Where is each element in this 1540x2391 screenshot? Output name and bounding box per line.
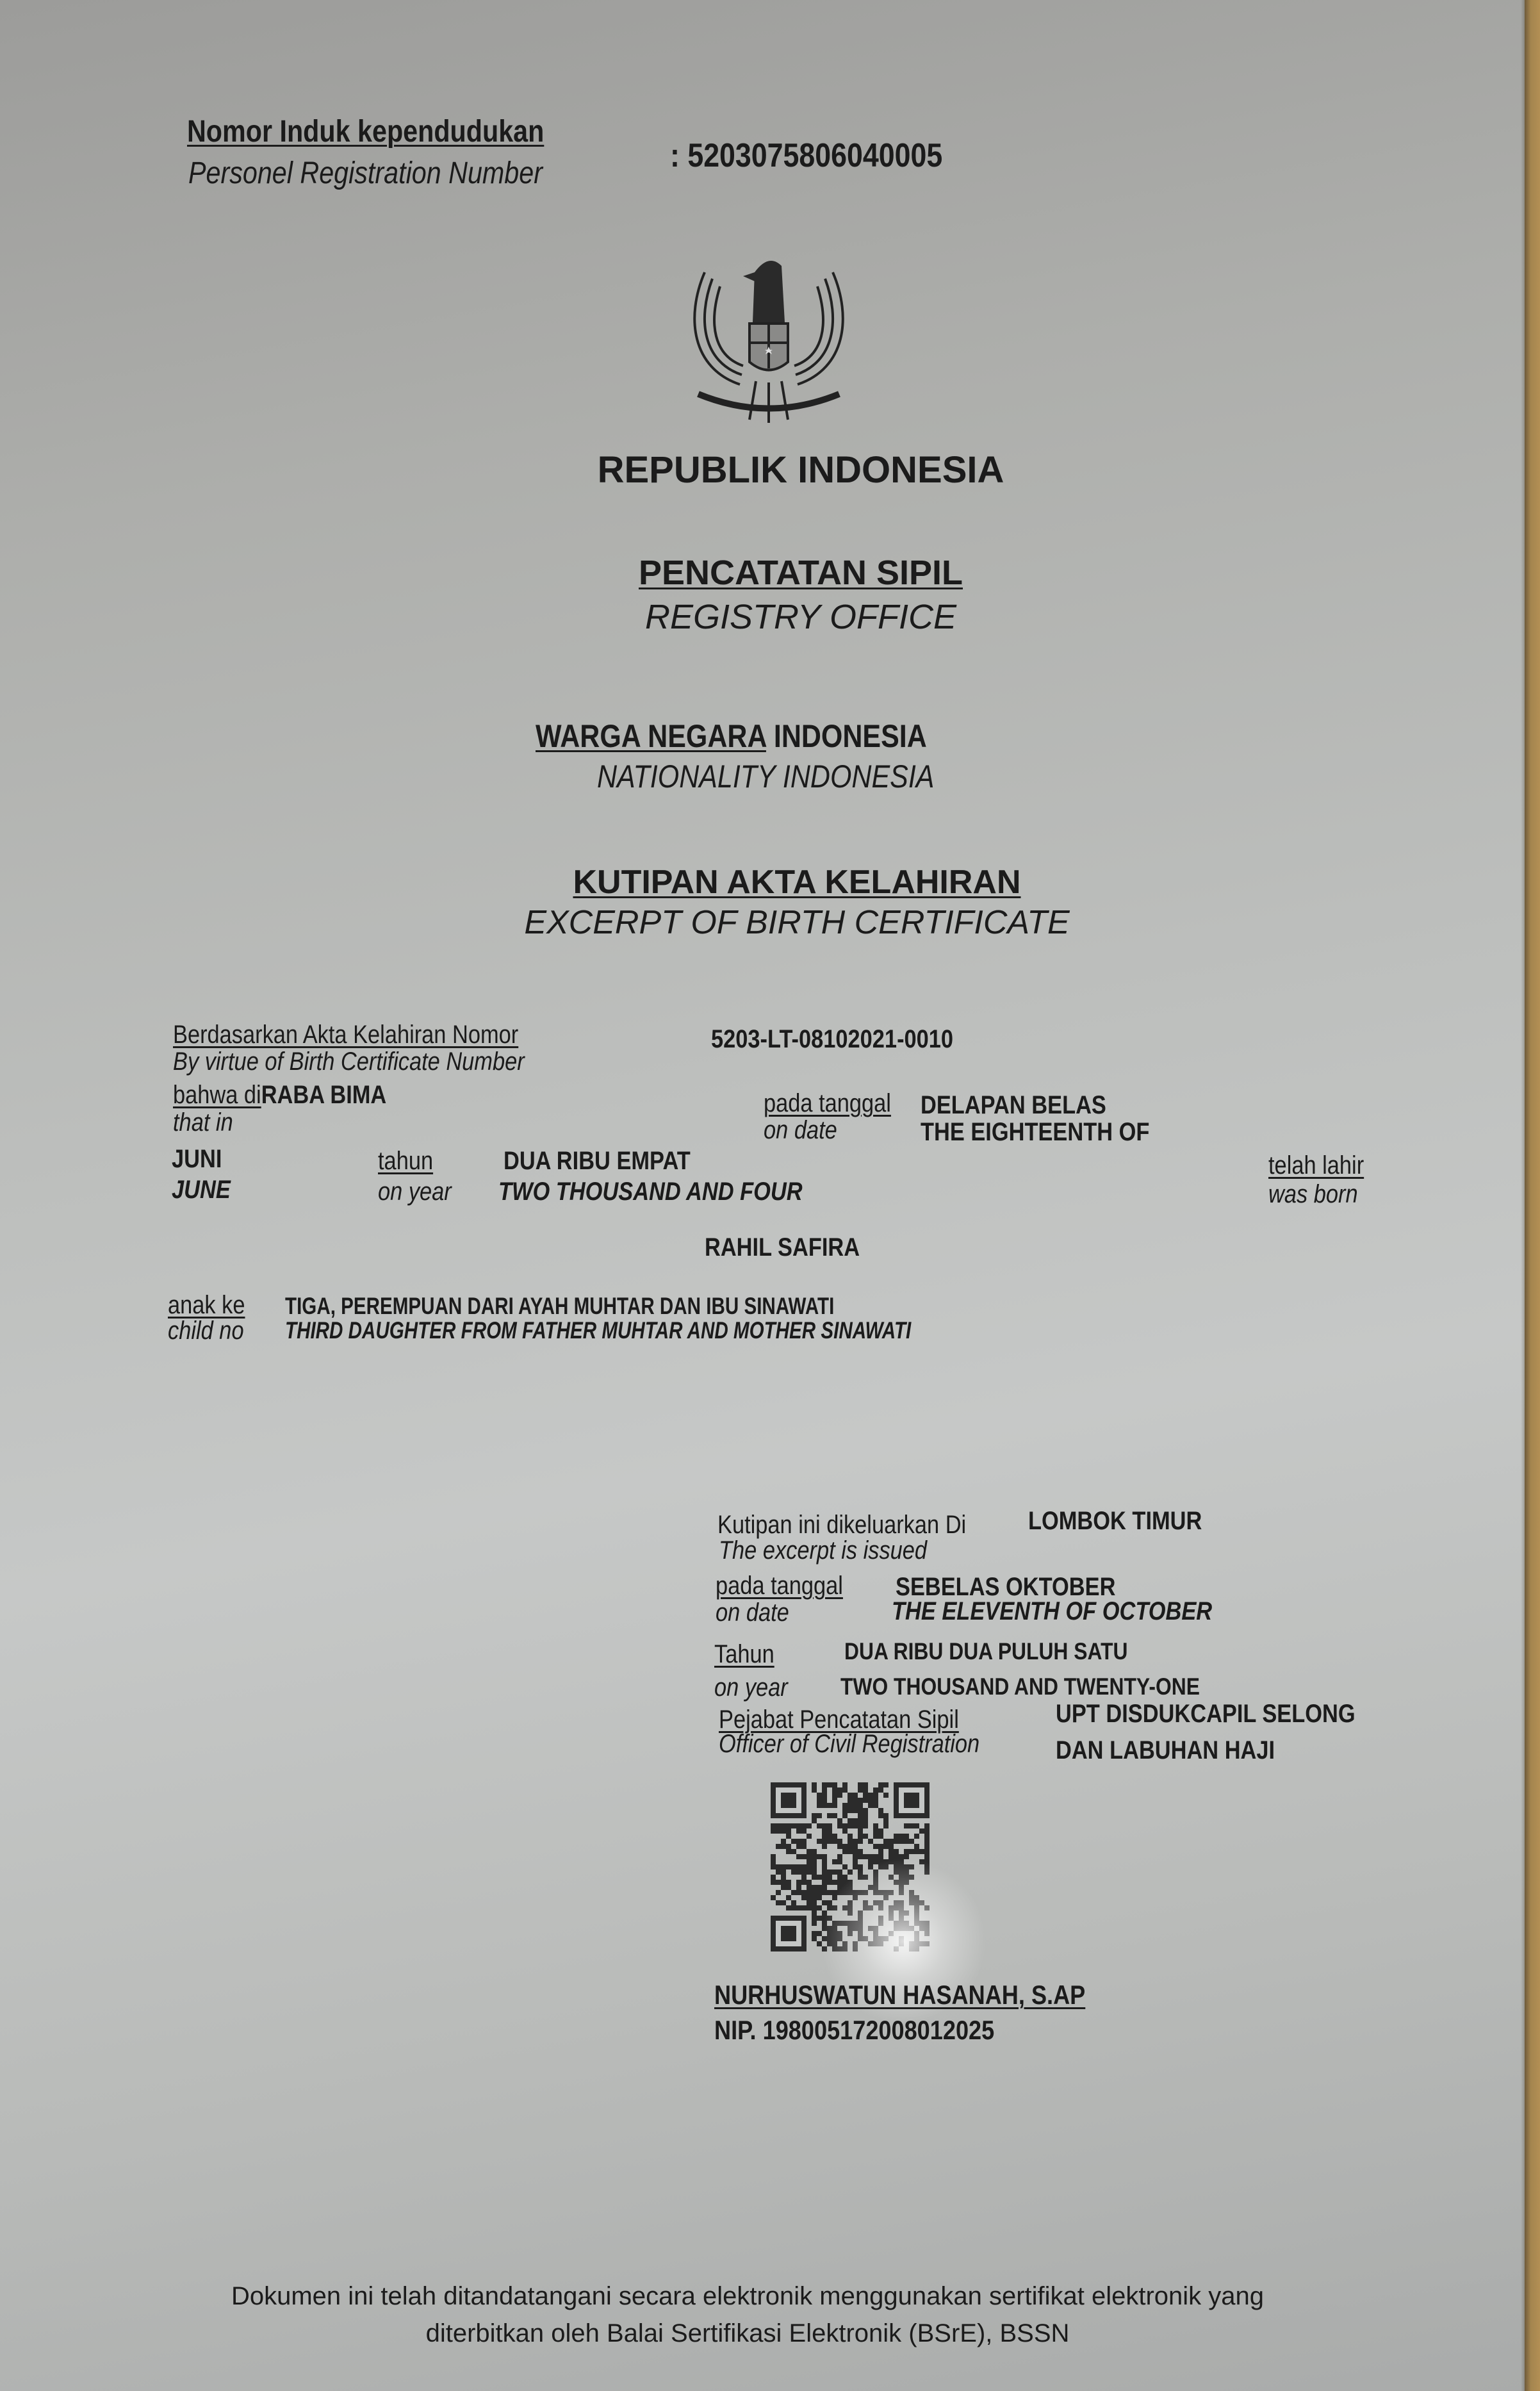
child-name: RAHIL SAFIRA xyxy=(705,1233,860,1262)
place-label: bahwa di xyxy=(173,1081,261,1109)
garuda-emblem-icon xyxy=(679,247,858,432)
nik-value: : 5203075806040005 xyxy=(670,136,942,175)
document-title-en: EXCERPT OF BIRTH CERTIFICATE xyxy=(27,903,1540,942)
office-heading-en: REGISTRY OFFICE xyxy=(31,597,1540,637)
table-surface-edge xyxy=(1525,0,1540,2391)
child-order-value-en: THIRD DAUGHTER FROM FATHER MUHTAR AND MO… xyxy=(285,1317,911,1344)
officer-office-line2: DAN LABUHAN HAJI xyxy=(1056,1736,1275,1765)
birth-month-value-en: JUNE xyxy=(172,1176,231,1204)
born-label: telah lahir xyxy=(1268,1151,1364,1180)
issued-place-value: LOMBOK TIMUR xyxy=(1028,1507,1202,1536)
birth-date-label: pada tanggal xyxy=(764,1089,891,1118)
birth-month-value: JUNI xyxy=(172,1145,222,1174)
birth-year-value: DUA RIBU EMPAT xyxy=(504,1147,691,1176)
birth-year-label-en: on year xyxy=(378,1178,452,1206)
cert-number-label-en: By virtue of Birth Certificate Number xyxy=(173,1048,525,1076)
birth-year-label: tahun xyxy=(378,1147,433,1176)
nationality-en: NATIONALITY INDONESIA xyxy=(597,758,934,795)
office-heading: PENCATATAN SIPIL xyxy=(31,553,1540,593)
issued-place-label-en: The excerpt is issued xyxy=(719,1536,927,1565)
issued-year-value: DUA RIBU DUA PULUH SATU xyxy=(844,1638,1128,1665)
born-label-en: was born xyxy=(1268,1180,1358,1209)
official-nip: NIP. 198005172008012025 xyxy=(714,2015,994,2046)
issued-year-label-en: on year xyxy=(714,1673,788,1702)
issued-year-label: Tahun xyxy=(714,1640,774,1669)
issued-year-value-en: TWO THOUSAND AND TWENTY-ONE xyxy=(840,1673,1200,1700)
birth-year-value-en: TWO THOUSAND AND FOUR xyxy=(498,1178,803,1206)
child-order-label: anak ke xyxy=(168,1291,245,1320)
birth-date-label-en: on date xyxy=(764,1116,837,1145)
officer-office-line1: UPT DISDUKCAPIL SELONG xyxy=(1056,1700,1356,1729)
issued-date-label: pada tanggal xyxy=(716,1572,843,1600)
country-heading: REPUBLIK INDONESIA xyxy=(31,448,1540,491)
document-title: KUTIPAN AKTA KELAHIRAN xyxy=(27,863,1540,901)
nationality-value: INDONESIA xyxy=(774,718,927,754)
place-line: bahwa diRABA BIMA xyxy=(173,1081,386,1110)
cert-number-value: 5203-LT-08102021-0010 xyxy=(711,1025,953,1054)
officer-label-en: Officer of Civil Registration xyxy=(719,1730,979,1759)
official-name: NURHUSWATUN HASANAH, S.AP xyxy=(714,1980,1085,2010)
nik-label: Nomor Induk kependudukan xyxy=(187,114,544,149)
nationality-label: WARGA NEGARA xyxy=(536,718,766,754)
birth-date-value-en: THE EIGHTEENTH OF xyxy=(921,1118,1149,1147)
e-signature-notice: Dokumen ini telah ditandatangani secara … xyxy=(0,2278,1518,2352)
place-value: RABA BIMA xyxy=(261,1081,387,1109)
nik-label-en: Personel Registration Number xyxy=(188,156,543,191)
cert-number-label: Berdasarkan Akta Kelahiran Nomor xyxy=(173,1021,518,1049)
birth-date-value: DELAPAN BELAS xyxy=(921,1091,1106,1120)
footer-line2: diterbitkan oleh Balai Sertifikasi Elekt… xyxy=(0,2315,1518,2352)
issued-date-label-en: on date xyxy=(716,1598,789,1627)
nationality-line: WARGA NEGARA INDONESIA xyxy=(536,718,927,755)
footer-line1: Dokumen ini telah ditandatangani secara … xyxy=(0,2278,1518,2315)
issued-place-label: Kutipan ini dikeluarkan Di xyxy=(717,1511,966,1540)
child-order-label-en: child no xyxy=(168,1317,244,1345)
issued-date-value-en: THE ELEVENTH OF OCTOBER xyxy=(892,1597,1212,1626)
place-label-en: that in xyxy=(173,1108,233,1137)
child-order-value: TIGA, PEREMPUAN DARI AYAH MUHTAR DAN IBU… xyxy=(285,1293,834,1320)
